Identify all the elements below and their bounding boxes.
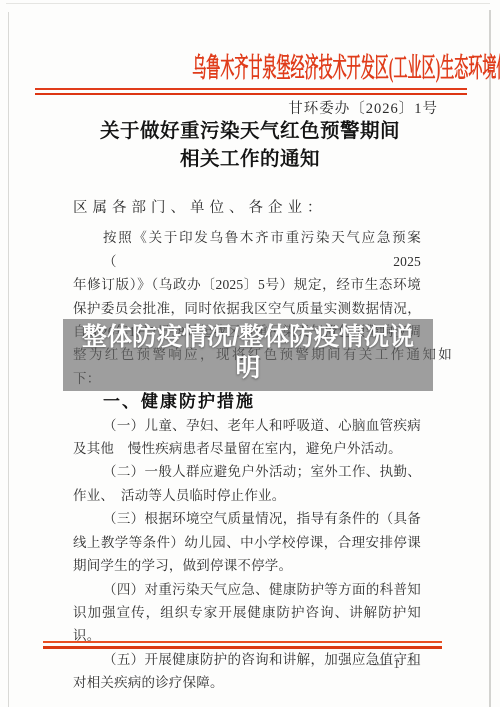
list-item-line: （二）一般人群应避免户外活动；室外工作、执勤、 <box>73 460 421 483</box>
list-item-line: 线上教学等条件）幼儿园、中小学校停课，合理安排停课 <box>73 531 421 554</box>
list-item-line: （五）开展健康防护的咨询和讲解，加强应急值守和 <box>73 648 421 671</box>
list-item-line: 作业、 活动等人员临时停止作业。 <box>73 484 421 507</box>
caption-line1: 整体防疫情况/整体防疫情况说 <box>63 322 433 353</box>
caption-overlay: 整体防疫情况/整体防疫情况说 明 <box>63 319 433 391</box>
notice-body: 区属各部门、单位、各企业： 按照《关于印发乌鲁木齐市重污染天气应急预案（2025… <box>73 197 421 695</box>
notice-title-line1: 关于做好重污染天气红色预警期间 <box>0 118 500 146</box>
notice-title-line2: 相关工作的通知 <box>0 146 500 174</box>
list-item-line: 及其他 慢性疾病患者尽量留在室内，避免户外活动。 <box>73 437 421 460</box>
page-number: — 1 — <box>373 656 422 672</box>
list-item-line: 对相关疾病的诊疗保障。 <box>73 671 421 694</box>
list-item-line: （三）根据环境空气质量情况，指导有条件的（具备 <box>73 507 421 530</box>
footer-double-rule <box>43 641 442 649</box>
body-line: 按照《关于印发乌鲁木齐市重污染天气应急预案（2025 <box>73 226 421 273</box>
section-heading: 一、健康防护措施 <box>73 390 421 413</box>
letterhead-banner: 乌鲁木齐甘泉堡经济技术开发区(工业区)生态环境保护委员会办公室 <box>0 49 500 87</box>
letterhead-double-rule <box>35 88 467 95</box>
paper-edge-top <box>6 3 490 4</box>
list-item-line: 期间学生的学习，做到停课不停学。 <box>73 554 421 577</box>
list-item-line: （一）儿童、孕妇、老年人和呼吸道、心脑血管疾病 <box>73 414 421 437</box>
paper-edge-right <box>489 10 491 707</box>
paper-edge-left <box>8 12 9 707</box>
body-line: 年修订版）》（乌政办〔2025〕5号）规定，经市生态环境 <box>73 273 421 296</box>
document-photo: 乌鲁木齐甘泉堡经济技术开发区(工业区)生态环境保护委员会办公室 甘环委办〔202… <box>0 0 500 707</box>
caption-line2: 明 <box>63 353 433 384</box>
issuing-org-name: 乌鲁木齐甘泉堡经济技术开发区(工业区)生态环境保护委员会办公室 <box>192 49 500 87</box>
salutation: 区属各部门、单位、各企业： <box>73 197 421 220</box>
list-item-line: （四）对重污染天气应急、健康防护等方面的科普知 <box>73 578 421 601</box>
body-line: 保护委员会批准，同时依据我区空气质量实测数据情况， <box>73 297 421 320</box>
document-number: 甘环委办〔2026〕1号 <box>288 99 438 119</box>
